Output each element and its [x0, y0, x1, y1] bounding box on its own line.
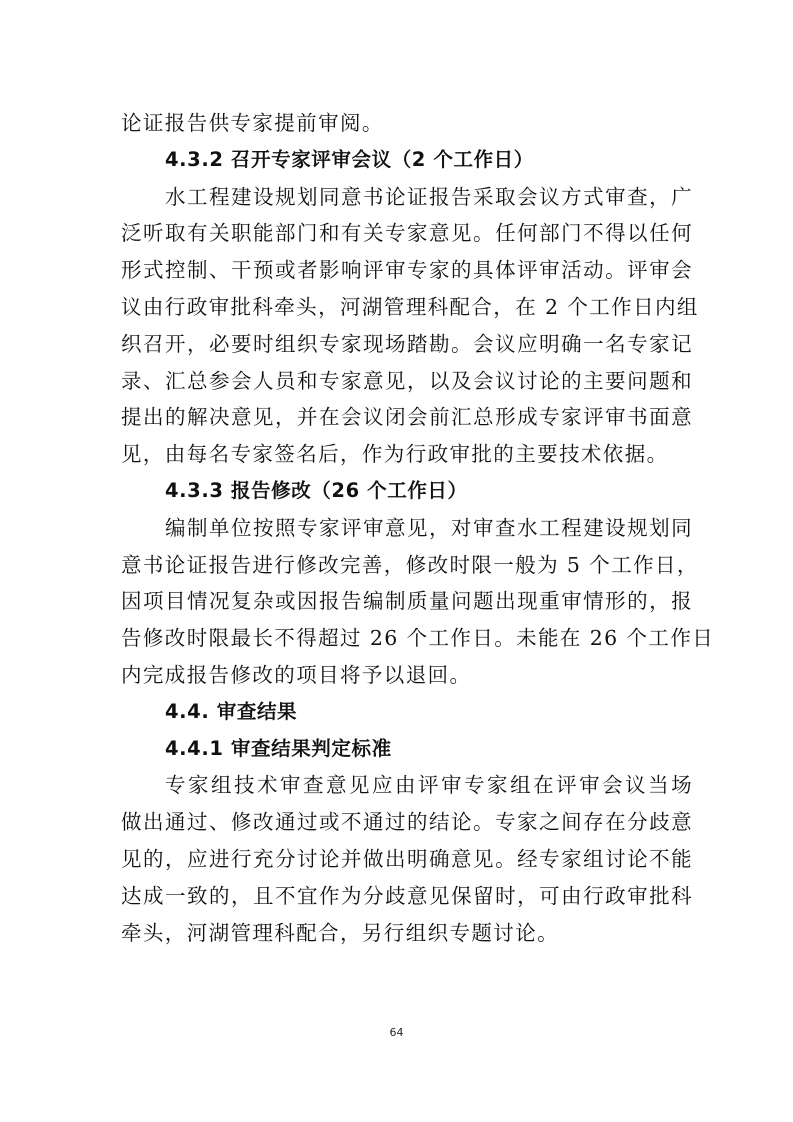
paragraph-line: 议由行政审批科牵头，河湖管理科配合，在 2 个工作日内组 — [121, 289, 693, 326]
paragraph-line: 意书论证报告进行修改完善，修改时限一般为 5 个工作日， — [121, 547, 693, 584]
paragraph-line: 牵头，河湖管理科配合，另行组织专题讨论。 — [121, 915, 693, 952]
paragraph-line: 专家组技术审查意见应由评审专家组在评审会议当场 — [121, 767, 693, 804]
paragraph-line: 论证报告供专家提前审阅。 — [121, 105, 693, 142]
paragraph-line: 形式控制、干预或者影响评审专家的具体评审活动。评审会 — [121, 252, 693, 289]
paragraph-line: 编制单位按照专家评审意见，对审查水工程建设规划同 — [121, 510, 693, 547]
paragraph-line: 提出的解决意见，并在会议闭会前汇总形成专家评审书面意 — [121, 399, 693, 436]
page-number: 64 — [0, 1026, 793, 1039]
paragraph-line: 泛听取有关职能部门和有关专家意见。任何部门不得以任何 — [121, 215, 693, 252]
paragraph-line: 见，由每名专家签名后，作为行政审批的主要技术依据。 — [121, 436, 693, 473]
paragraph-line: 告修改时限最长不得超过 26 个工作日。未能在 26 个工作日 — [121, 620, 693, 657]
paragraph-line: 水工程建设规划同意书论证报告采取会议方式审查，广 — [121, 179, 693, 216]
paragraph-line: 做出通过、修改通过或不通过的结论。专家之间存在分歧意 — [121, 804, 693, 841]
section-heading: 4.4.1 审查结果判定标准 — [121, 731, 693, 768]
paragraph-line: 见的，应进行充分讨论并做出明确意见。经专家组讨论不能 — [121, 841, 693, 878]
paragraph-line: 织召开，必要时组织专家现场踏勘。会议应明确一名专家记 — [121, 326, 693, 363]
paragraph-line: 内完成报告修改的项目将予以退回。 — [121, 657, 693, 694]
section-heading: 4.3.3 报告修改（26 个工作日） — [121, 473, 693, 510]
paragraph-line: 因项目情况复杂或因报告编制质量问题出现重审情形的，报 — [121, 583, 693, 620]
section-heading: 4.3.2 召开专家评审会议（2 个工作日） — [121, 142, 693, 179]
paragraph-line: 达成一致的，且不宜作为分歧意见保留时，可由行政审批科 — [121, 878, 693, 915]
section-heading: 4.4. 审查结果 — [121, 694, 693, 731]
document-body: 论证报告供专家提前审阅。4.3.2 召开专家评审会议（2 个工作日）水工程建设规… — [121, 105, 693, 951]
paragraph-line: 录、汇总参会人员和专家意见，以及会议讨论的主要问题和 — [121, 363, 693, 400]
